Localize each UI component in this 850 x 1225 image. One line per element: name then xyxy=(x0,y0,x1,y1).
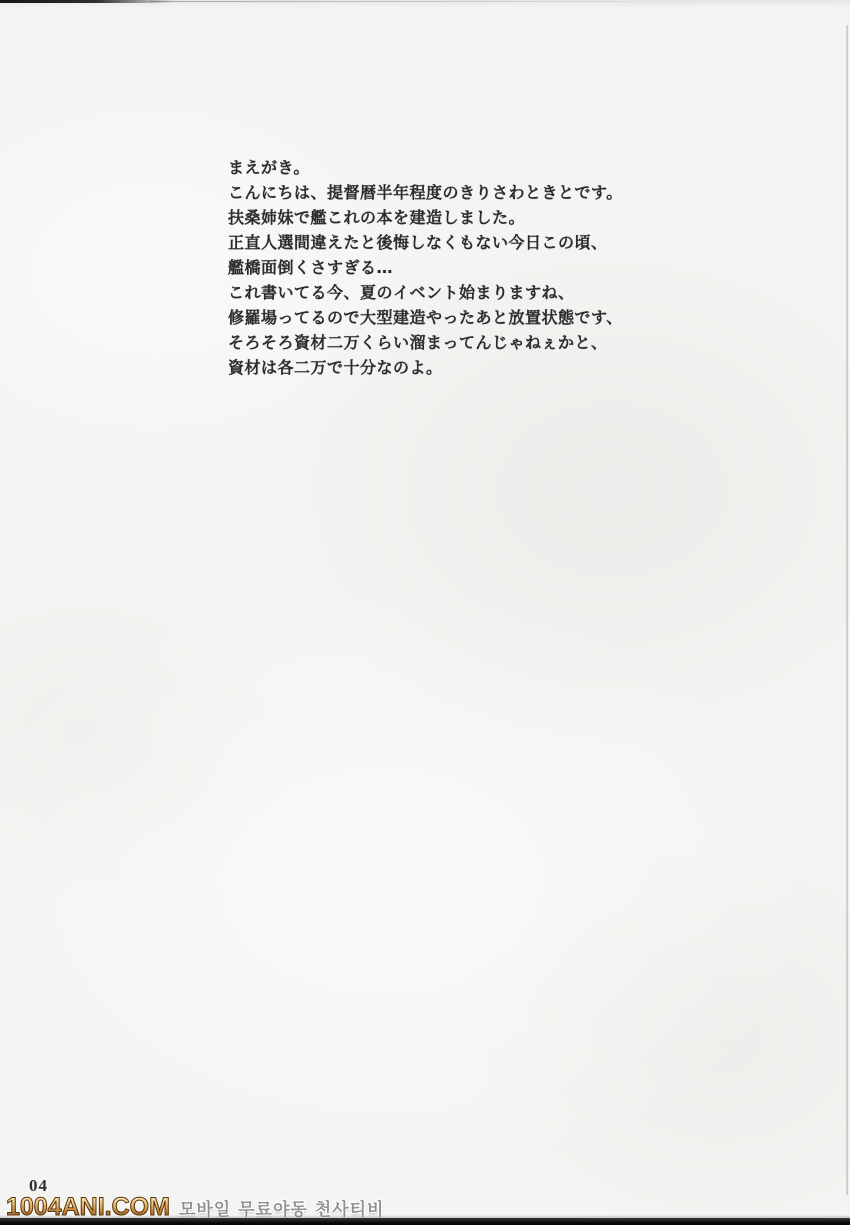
greeting-paragraph: こんにちは、提督暦半年程度のきりさわときとです。 xyxy=(228,180,788,205)
afterword-heading: まえがき。 xyxy=(228,155,788,180)
text-line: こんにちは、提督暦半年程度のきりさわときとです。 xyxy=(228,180,788,205)
scan-edge-bottom-bar xyxy=(0,1218,850,1225)
text-line: 艦橋面倒くさすぎる… xyxy=(228,255,788,280)
text-line: まえがき。 xyxy=(228,155,788,180)
paragraph-book: 扶桑姉妹で艦これの本を建造しました。 正直人選間違えたと後悔しなくもない今日この… xyxy=(228,205,788,280)
paragraph-event: これ書いてる今、夏のイベント始まりますね、 修羅場ってるので大型建造やったあと放… xyxy=(228,280,788,355)
text-line: これ書いてる今、夏のイベント始まりますね、 xyxy=(228,280,788,305)
text-line: 資材は各二万で十分なのよ。 xyxy=(228,355,788,380)
paragraph-closing: 資材は各二万で十分なのよ。 xyxy=(228,355,788,380)
scan-edge-right xyxy=(846,25,848,1195)
scan-edge-top-faint xyxy=(150,1,850,2)
afterword-text-block: まえがき。 こんにちは、提督暦半年程度のきりさわときとです。 扶桑姉妹で艦これの… xyxy=(228,155,788,380)
text-line: 正直人選間違えたと後悔しなくもない今日この頃、 xyxy=(228,230,788,255)
text-line: 扶桑姉妹で艦これの本を建造しました。 xyxy=(228,205,788,230)
scanned-document-page: まえがき。 こんにちは、提督暦半年程度のきりさわときとです。 扶桑姉妹で艦これの… xyxy=(0,0,850,1225)
text-line: そろそろ資材二万くらい溜まってんじゃねぇかと、 xyxy=(228,330,788,355)
scan-edge-top-dark xyxy=(0,0,175,3)
text-line: 修羅場ってるので大型建造やったあと放置状態です、 xyxy=(228,305,788,330)
